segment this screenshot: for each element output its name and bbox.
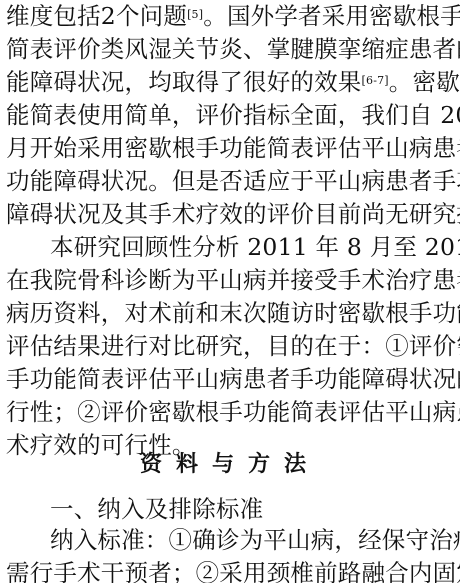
p1-line-3: 能障碍状况，均取得了很好的效果[6-7]。密歇根手功	[6, 66, 456, 99]
p2-line-4: 评估结果进行对比研究，目的在于：①评价密歇根	[6, 330, 456, 363]
p1-line-5: 月开始采用密歇根手功能简表评估平山病患者手	[6, 132, 456, 165]
p1-line-6: 功能障碍状况。但是否适应于平山病患者手功能	[6, 165, 456, 198]
p1-line-4: 能简表使用简单，评价指标全面，我们自 2011 年 8	[6, 99, 456, 132]
p2-line-6: 行性；②评价密歇根手功能简表评估平山病患者手	[6, 396, 456, 429]
p2-line-2: 在我院骨科诊断为平山病并接受手术治疗患者的	[6, 264, 456, 297]
p1-line-7: 障碍状况及其手术疗效的评价目前尚无研究报告。	[6, 198, 456, 231]
p3-line-2: 需行手术干预者；②采用颈椎前路融合内固定术治	[6, 557, 456, 583]
section-heading: 资料与方法	[0, 450, 460, 480]
p2-line-5: 手功能简表评估平山病患者手功能障碍状况的可	[6, 363, 456, 396]
p1-line-2: 简表评价类风湿关节炎、掌腱膜挛缩症患者的手功	[6, 33, 456, 66]
p2-line-1: 本研究回顾性分析 2011 年 8 月至 2016 年 12 月	[50, 231, 456, 264]
p1-line-1: 维度包括2个问题[5]。国外学者采用密歇根手功能	[6, 0, 456, 33]
p2-line-3: 病历资料，对术前和末次随访时密歇根手功能简表	[6, 297, 456, 330]
citation: [5]	[187, 8, 203, 21]
p3-line-1: 纳入标准：①确诊为平山病，经保守治疗无效	[50, 524, 456, 557]
subsection-heading: 一、纳入及排除标准	[50, 493, 456, 526]
citation: [6-7]	[362, 74, 389, 87]
